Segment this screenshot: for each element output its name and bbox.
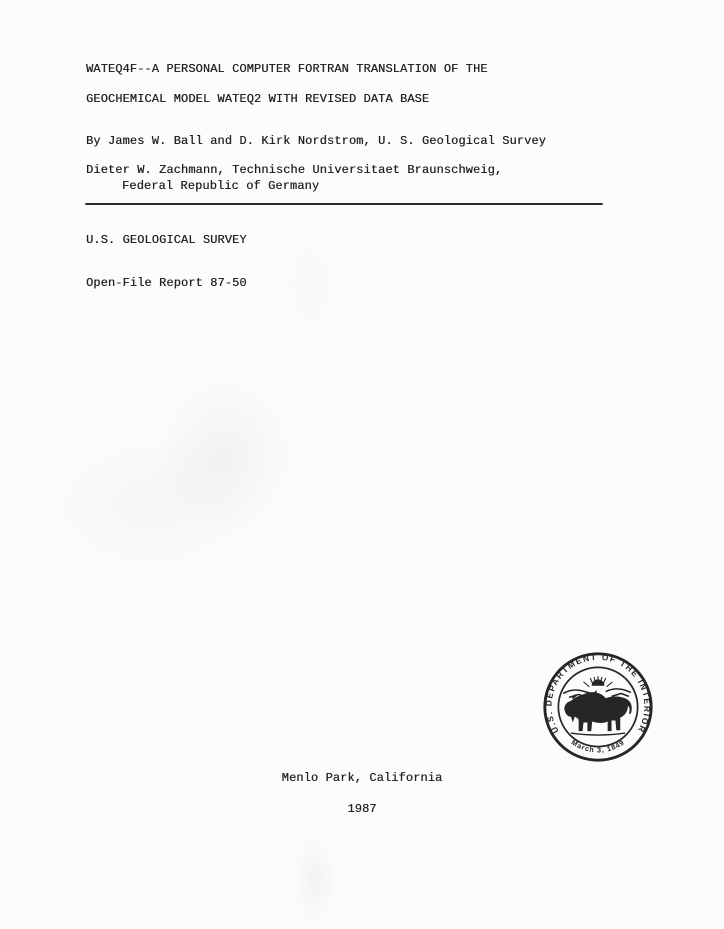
agency-name: U.S. GEOLOGICAL SURVEY xyxy=(86,233,247,247)
author-affiliation-line2: Federal Republic of Germany xyxy=(122,179,319,193)
scan-artifact xyxy=(150,370,300,540)
scan-artifact xyxy=(40,430,260,580)
ground-line xyxy=(571,733,625,735)
bison-icon xyxy=(564,692,631,731)
document-page: WATEQ4F--A PERSONAL COMPUTER FORTRAN TRA… xyxy=(0,0,724,929)
report-title-line2: GEOCHEMICAL MODEL WATEQ2 WITH REVISED DA… xyxy=(86,92,429,106)
byline: By James W. Ball and D. Kirk Nordstrom, … xyxy=(86,134,546,148)
sun-icon xyxy=(584,676,613,687)
report-title-line1: WATEQ4F--A PERSONAL COMPUTER FORTRAN TRA… xyxy=(86,62,488,76)
divider-rule xyxy=(85,203,603,205)
scan-artifact xyxy=(280,230,340,340)
publication-place: Menlo Park, California xyxy=(0,771,724,785)
publication-year: 1987 xyxy=(0,802,724,816)
scan-artifact xyxy=(290,830,340,929)
interior-seal-icon: U.S. DEPARTMENT OF THE INTERIOR March 3,… xyxy=(540,649,656,765)
author-affiliation-line1: Dieter W. Zachmann, Technische Universit… xyxy=(86,163,502,177)
report-number: Open-File Report 87-50 xyxy=(86,276,247,290)
us-department-of-interior-seal: U.S. DEPARTMENT OF THE INTERIOR March 3,… xyxy=(540,649,656,765)
